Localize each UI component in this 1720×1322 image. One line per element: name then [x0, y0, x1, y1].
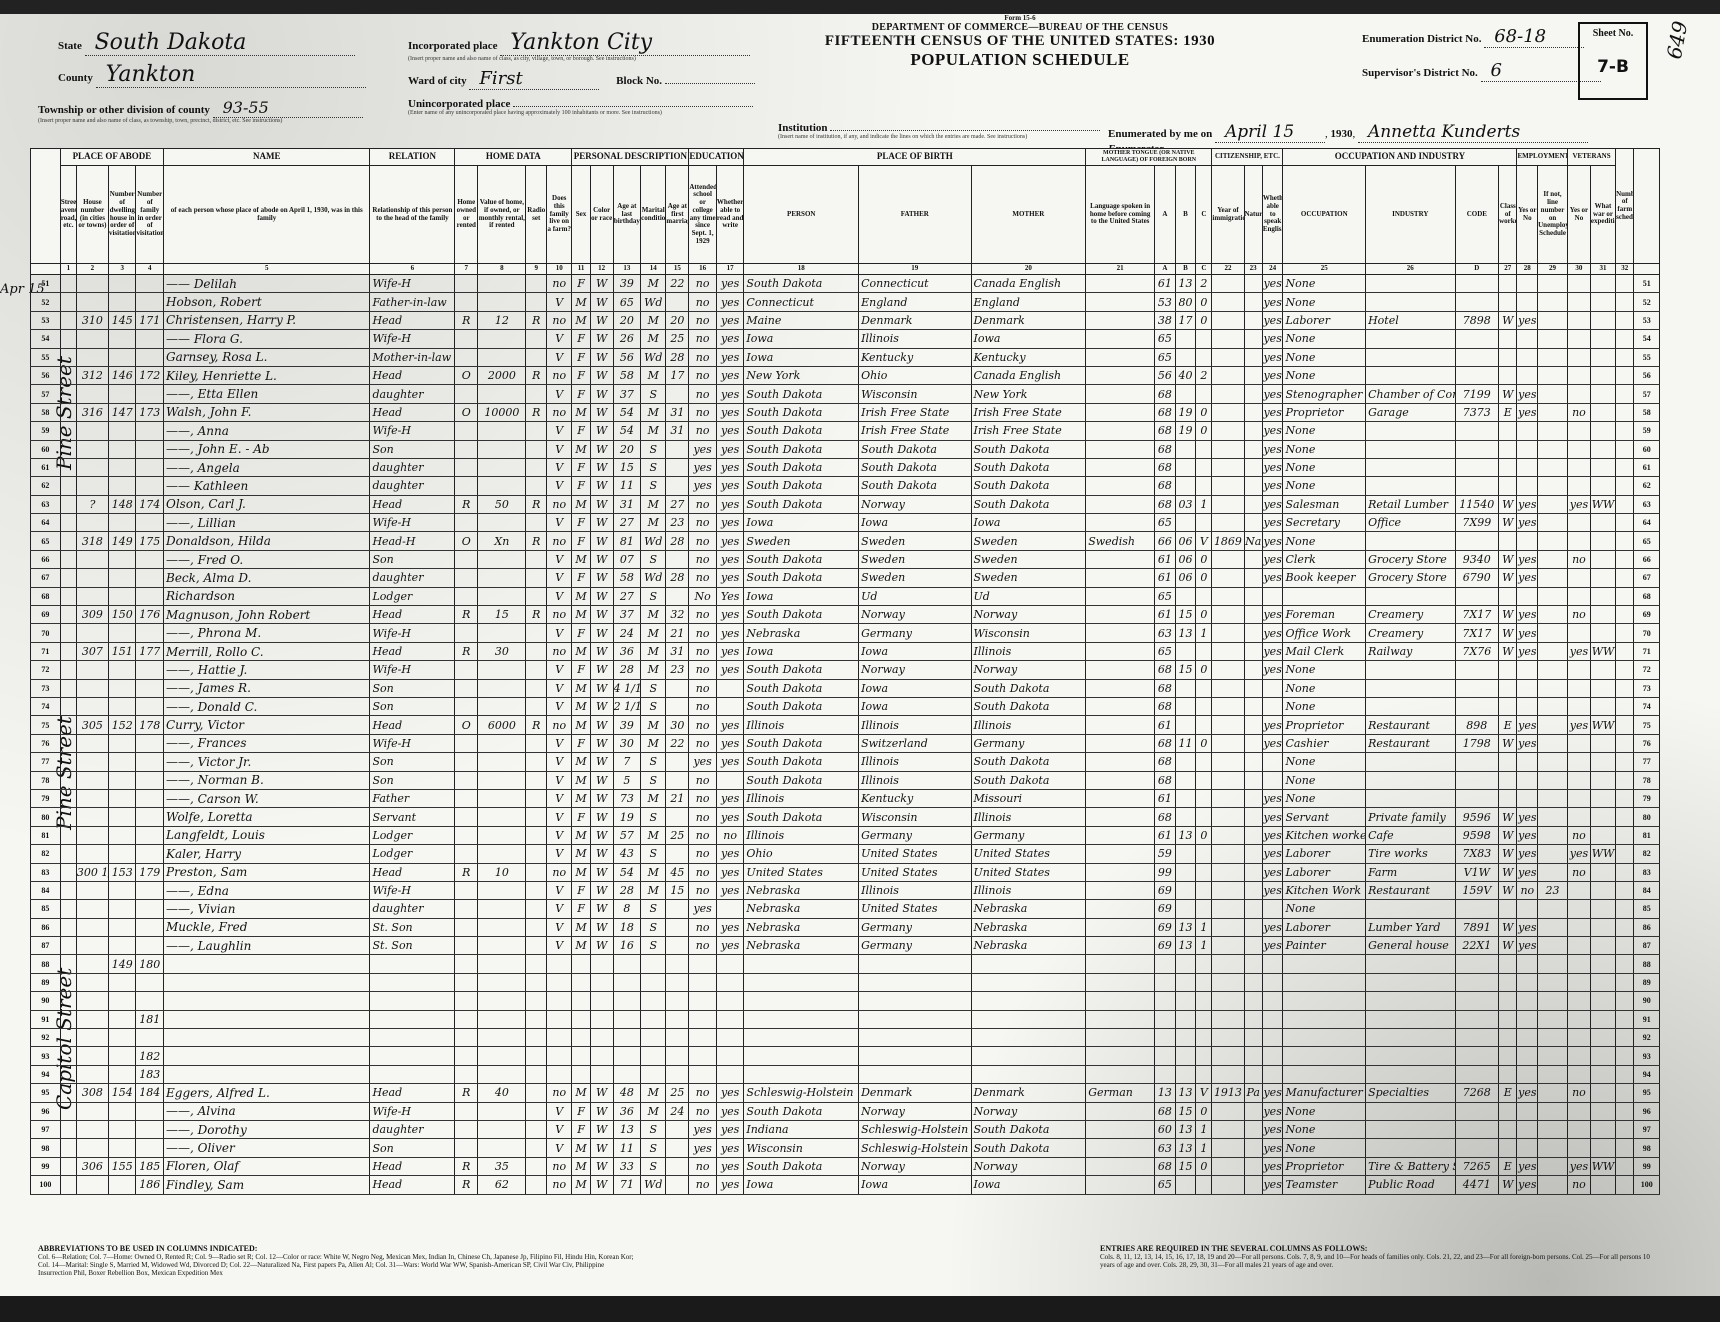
father-cell: Switzerland [859, 734, 971, 752]
radio-cell [526, 1010, 547, 1028]
code-d-cell: 9598 [1455, 826, 1499, 844]
immig-cell [1212, 514, 1244, 532]
industry-cell [1366, 348, 1455, 366]
race-cell [590, 992, 613, 1010]
birth-cell: South Dakota [744, 550, 859, 568]
occupation-cell: Servant [1283, 808, 1366, 826]
language-cell [1086, 826, 1155, 844]
column-number: 1 [60, 264, 76, 275]
sex-cell: M [572, 606, 590, 624]
ed-value: 68-18 [1484, 26, 1584, 48]
work-cell [1517, 1029, 1538, 1047]
natur-cell [1244, 1120, 1262, 1138]
marital-cell: S [641, 477, 666, 495]
class-cell [1499, 366, 1517, 384]
occupation-cell [1283, 587, 1366, 605]
unemp-cell [1538, 679, 1568, 697]
school-cell: no [689, 403, 717, 421]
house-cell [76, 973, 108, 991]
vet-cell [1567, 1010, 1590, 1028]
farm-sched-cell [1616, 1010, 1634, 1028]
birth-cell [744, 1065, 859, 1083]
industry-cell: Public Road [1366, 1176, 1455, 1194]
unemp-cell [1538, 1139, 1568, 1157]
farm-sched-cell [1616, 1176, 1634, 1194]
school-cell: no [689, 330, 717, 348]
natur-cell [1244, 385, 1262, 403]
sex-cell: M [572, 293, 590, 311]
name-cell: Kiley, Henriette L. [164, 366, 370, 384]
relation-cell: Wife-H [370, 275, 455, 293]
value-cell [478, 275, 526, 293]
industry-cell [1366, 422, 1455, 440]
street-cell [60, 366, 76, 384]
race-cell: W [590, 403, 613, 421]
relation-cell: Son [370, 550, 455, 568]
radio-cell [526, 826, 547, 844]
code-a-cell [1155, 1029, 1176, 1047]
natur-cell [1244, 863, 1262, 881]
line-number-right: 82 [1634, 845, 1660, 863]
birth-cell [744, 955, 859, 973]
war-cell [1590, 1176, 1615, 1194]
war-cell [1590, 550, 1615, 568]
dwelling-cell: 147 [108, 403, 136, 421]
war-cell [1590, 1047, 1615, 1065]
vet-cell [1567, 661, 1590, 679]
farm-sched-cell [1616, 863, 1634, 881]
radio-cell [526, 679, 547, 697]
home-cell: O [455, 532, 478, 550]
street-cell [60, 606, 76, 624]
natur-cell [1244, 918, 1262, 936]
class-cell [1499, 532, 1517, 550]
age-cell: 30 [613, 734, 641, 752]
table-row: 64——, LillianWife-HVFW27M23noyesIowaIowa… [31, 514, 1660, 532]
read-cell [716, 679, 744, 697]
line-number: 80 [31, 808, 61, 826]
dwelling-cell [108, 937, 136, 955]
home-cell: O [455, 716, 478, 734]
house-cell [76, 734, 108, 752]
home-cell [455, 1139, 478, 1157]
line-number: 100 [31, 1176, 61, 1194]
occupation-cell: None [1283, 789, 1366, 807]
radio-cell [526, 771, 547, 789]
work-cell: yes [1517, 606, 1538, 624]
home-cell: R [455, 863, 478, 881]
race-cell: W [590, 458, 613, 476]
mother-cell: Germany [971, 826, 1086, 844]
code-a-col-header: A [1155, 166, 1176, 264]
father-cell [859, 1065, 971, 1083]
radio-cell [526, 330, 547, 348]
table-row: 74——, Donald C.SonVMW2 1/12SnoSouth Dako… [31, 697, 1660, 715]
code-c-cell: 1 [1196, 624, 1212, 642]
code-d-cell: 6790 [1455, 569, 1499, 587]
birth-cell: Ohio [744, 845, 859, 863]
sex-cell: F [572, 661, 590, 679]
war-cell [1590, 532, 1615, 550]
enumerated-date: April 15 [1215, 122, 1325, 143]
code-d-cell [1455, 661, 1499, 679]
race-cell: W [590, 514, 613, 532]
race-cell: W [590, 587, 613, 605]
home-cell [455, 422, 478, 440]
relation-cell: Wife-H [370, 1102, 455, 1120]
table-row: 60——, John E. - AbSonVMW20SyesyesSouth D… [31, 440, 1660, 458]
occupation-cell: None [1283, 771, 1366, 789]
english-cell: yes [1262, 1102, 1283, 1120]
immig-cell [1212, 826, 1244, 844]
house-cell [76, 918, 108, 936]
code-a-cell: 68 [1155, 808, 1176, 826]
farm-cell: no [547, 642, 572, 660]
english-cell: yes [1262, 532, 1283, 550]
birth-cell: South Dakota [744, 275, 859, 293]
war-cell [1590, 1102, 1615, 1120]
father-cell: Norway [859, 495, 971, 513]
line-number: 97 [31, 1120, 61, 1138]
code-b-cell: 80 [1175, 293, 1196, 311]
house-cell [76, 661, 108, 679]
township-value: 93-55 [213, 98, 363, 118]
unemp-cell [1538, 900, 1568, 918]
english-cell [1262, 1010, 1283, 1028]
farm-sched-cell [1616, 808, 1634, 826]
language-cell [1086, 477, 1155, 495]
farm-cell: no [547, 275, 572, 293]
home-cell [455, 679, 478, 697]
age-cell: 27 [613, 514, 641, 532]
father-cell: Norway [859, 1157, 971, 1175]
mother-cell: Norway [971, 661, 1086, 679]
read-cell: yes [716, 495, 744, 513]
code-c-cell: 2 [1196, 275, 1212, 293]
name-cell: ——, Phrona M. [164, 624, 370, 642]
farm-cell [547, 973, 572, 991]
birth-cell: South Dakota [744, 661, 859, 679]
code-a-cell: 53 [1155, 293, 1176, 311]
farm-sched-cell [1616, 918, 1634, 936]
value-cell [478, 900, 526, 918]
war-cell [1590, 624, 1615, 642]
sex-cell: M [572, 1139, 590, 1157]
farm-sched-cell [1616, 1047, 1634, 1065]
age-cell [613, 973, 641, 991]
marital-cell: S [641, 697, 666, 715]
relation-cell: Wife-H [370, 422, 455, 440]
line-number-right: 88 [1634, 955, 1660, 973]
table-row: 100186Findley, SamHeadR62noMW71WdnoyesIo… [31, 1176, 1660, 1194]
code-c-cell [1196, 973, 1212, 991]
line-number-right: 74 [1634, 697, 1660, 715]
house-cell [76, 1139, 108, 1157]
unemp-cell [1538, 753, 1568, 771]
birth-cell: South Dakota [744, 385, 859, 403]
column-number: 29 [1538, 264, 1568, 275]
age-cell: 24 [613, 624, 641, 642]
occupation-cell: Laborer [1283, 918, 1366, 936]
age-married-cell: 27 [666, 495, 689, 513]
name-cell: ——, Angela [164, 458, 370, 476]
sex-cell: M [572, 550, 590, 568]
father-cell: Germany [859, 826, 971, 844]
code-a-cell: 68 [1155, 495, 1176, 513]
name-cell [164, 1010, 370, 1028]
english-cell [1262, 1065, 1283, 1083]
school-cell: no [689, 918, 717, 936]
code-c-cell: 0 [1196, 403, 1212, 421]
class-cell [1499, 293, 1517, 311]
street-cell [60, 532, 76, 550]
immig-cell [1212, 900, 1244, 918]
code-a-cell: 68 [1155, 422, 1176, 440]
form-title-block: Form 15-6 DEPARTMENT OF COMMERCE—BUREAU … [790, 14, 1250, 70]
dwelling-cell: 151 [108, 642, 136, 660]
name-cell: ——, Anna [164, 422, 370, 440]
value-cell [478, 550, 526, 568]
father-cell: Schleswig-Holstein [859, 1120, 971, 1138]
industry-cell [1366, 679, 1455, 697]
war-cell [1590, 697, 1615, 715]
school-cell: no [689, 348, 717, 366]
school-cell: no [689, 1084, 717, 1102]
farm-cell: V [547, 753, 572, 771]
line-number: 87 [31, 937, 61, 955]
dwelling-cell [108, 440, 136, 458]
vet-cell: no [1567, 863, 1590, 881]
natur-cell [1244, 366, 1262, 384]
natur-cell [1244, 624, 1262, 642]
sex-cell: F [572, 330, 590, 348]
line-number-right: 56 [1634, 366, 1660, 384]
sex-cell: M [572, 771, 590, 789]
age-cell: 2 1/12 [613, 697, 641, 715]
sex-col-header: Sex [572, 166, 590, 264]
english-cell [1262, 1029, 1283, 1047]
sex-cell: F [572, 422, 590, 440]
work-cell: yes [1517, 1176, 1538, 1194]
house-cell [76, 826, 108, 844]
school-cell: yes [689, 753, 717, 771]
father-cell [859, 1047, 971, 1065]
line-number: 64 [31, 514, 61, 532]
language-cell [1086, 1139, 1155, 1157]
code-d-cell: 7X83 [1455, 845, 1499, 863]
language-cell [1086, 624, 1155, 642]
code-d-cell: 159V [1455, 881, 1499, 899]
table-row: 70——, Phrona M.Wife-HVFW24M21noyesNebras… [31, 624, 1660, 642]
language-cell [1086, 1157, 1155, 1175]
age-cell: 8 [613, 900, 641, 918]
code-c-cell [1196, 845, 1212, 863]
value-cell: 62 [478, 1176, 526, 1194]
immig-cell [1212, 330, 1244, 348]
natur-cell [1244, 900, 1262, 918]
code-d-cell [1455, 275, 1499, 293]
vet-cell: no [1567, 606, 1590, 624]
age-cell: 54 [613, 422, 641, 440]
read-cell: yes [716, 1157, 744, 1175]
war-cell [1590, 348, 1615, 366]
marital-cell: S [641, 808, 666, 826]
work-cell [1517, 1047, 1538, 1065]
industry-cell: Cafe [1366, 826, 1455, 844]
mother-cell: South Dakota [971, 1120, 1086, 1138]
language-cell: Swedish [1086, 532, 1155, 550]
vet-cell [1567, 1029, 1590, 1047]
code-b-cell: 13 [1175, 275, 1196, 293]
relation-cell: Head [370, 1084, 455, 1102]
english-cell: yes [1262, 826, 1283, 844]
read-cell: yes [716, 532, 744, 550]
age-cell: 58 [613, 569, 641, 587]
department-title: DEPARTMENT OF COMMERCE—BUREAU OF THE CEN… [790, 22, 1250, 33]
farm-cell: V [547, 771, 572, 789]
work-cell [1517, 697, 1538, 715]
line-number-right: 91 [1634, 1010, 1660, 1028]
age-married-cell [666, 385, 689, 403]
mother-cell [971, 1047, 1086, 1065]
dwelling-cell [108, 697, 136, 715]
age-cell: 36 [613, 642, 641, 660]
age-married-cell [666, 293, 689, 311]
name-cell: Beck, Alma D. [164, 569, 370, 587]
father-cell: Schleswig-Holstein [859, 1139, 971, 1157]
code-c-cell [1196, 789, 1212, 807]
school-cell: no [689, 808, 717, 826]
marital-cell: Wd [641, 293, 666, 311]
occupation-cell: Cashier [1283, 734, 1366, 752]
code-a-cell: 68 [1155, 440, 1176, 458]
code-a-cell: 65 [1155, 514, 1176, 532]
code-c-cell [1196, 771, 1212, 789]
line-number-right: 66 [1634, 550, 1660, 568]
mother-cell: United States [971, 845, 1086, 863]
code-c-cell: 1 [1196, 1139, 1212, 1157]
race-cell: W [590, 1157, 613, 1175]
sex-cell: M [572, 845, 590, 863]
industry-cell [1366, 900, 1455, 918]
line-number: 71 [31, 642, 61, 660]
age-cell: 28 [613, 661, 641, 679]
radio-cell [526, 661, 547, 679]
language-cell [1086, 1029, 1155, 1047]
code-c-cell [1196, 881, 1212, 899]
code-b-cell: 15 [1175, 1102, 1196, 1120]
unemp-cell [1538, 495, 1568, 513]
english-cell: yes [1262, 422, 1283, 440]
class-cell: W [1499, 845, 1517, 863]
sex-cell: M [572, 679, 590, 697]
english-cell: yes [1262, 1120, 1283, 1138]
table-row: 97——, DorothydaughterVFW13SyesyesIndiana… [31, 1120, 1660, 1138]
father-cell: Ohio [859, 366, 971, 384]
mother-cell: Canada English [971, 366, 1086, 384]
sex-cell: M [572, 440, 590, 458]
class-cell: W [1499, 385, 1517, 403]
natur-cell [1244, 1029, 1262, 1047]
father-cell: United States [859, 863, 971, 881]
father-cell [859, 973, 971, 991]
farm-cell: V [547, 826, 572, 844]
farm-sched-cell [1616, 992, 1634, 1010]
war-col-header: What war or expedition [1590, 166, 1615, 264]
farm-cell: no [547, 863, 572, 881]
family-cell [136, 679, 164, 697]
code-c-cell [1196, 679, 1212, 697]
work-cell [1517, 366, 1538, 384]
read-cell: yes [716, 753, 744, 771]
dwelling-cell [108, 881, 136, 899]
vet-cell: no [1567, 826, 1590, 844]
line-number: 74 [31, 697, 61, 715]
birth-cell: Iowa [744, 587, 859, 605]
code-a-cell: 65 [1155, 330, 1176, 348]
name-cell: Magnuson, John Robert [164, 606, 370, 624]
house-cell [76, 348, 108, 366]
farm-sched-cell [1616, 845, 1634, 863]
code-a-cell: 68 [1155, 403, 1176, 421]
sex-cell: F [572, 385, 590, 403]
incorporated-label: Incorporated place [408, 40, 498, 52]
birth-cell: South Dakota [744, 403, 859, 421]
home-cell: R [455, 495, 478, 513]
street-cell [60, 1176, 76, 1194]
relation-cell: daughter [370, 569, 455, 587]
table-row: 59——, AnnaWife-HVFW54M31noyesSouth Dakot… [31, 422, 1660, 440]
vet-cell [1567, 293, 1590, 311]
language-cell [1086, 1047, 1155, 1065]
code-d-cell: 11540 [1455, 495, 1499, 513]
street-col-header: Street, avenue, road, etc. [60, 166, 76, 264]
street-cell [60, 845, 76, 863]
vet-cell: no [1567, 1084, 1590, 1102]
code-d-cell [1455, 771, 1499, 789]
family-cell [136, 440, 164, 458]
war-cell [1590, 918, 1615, 936]
work-cell [1517, 532, 1538, 550]
code-b-cell: 13 [1175, 826, 1196, 844]
street-cell [60, 1084, 76, 1102]
age-married-cell: 25 [666, 1084, 689, 1102]
line-number-right: 75 [1634, 716, 1660, 734]
language-cell [1086, 771, 1155, 789]
father-cell: Sweden [859, 569, 971, 587]
column-number: 20 [971, 264, 1086, 275]
farm-sched-cell [1616, 1065, 1634, 1083]
occupation-cell: None [1283, 900, 1366, 918]
race-cell: W [590, 348, 613, 366]
age-married-cell [666, 918, 689, 936]
code-b-cell [1175, 697, 1196, 715]
farm-cell: no [547, 1084, 572, 1102]
line-number-right: 89 [1634, 973, 1660, 991]
marital-cell: M [641, 403, 666, 421]
read-cell: yes [716, 624, 744, 642]
english-cell: yes [1262, 716, 1283, 734]
value-cell: Xn [478, 532, 526, 550]
age-married-cell [666, 587, 689, 605]
class-cell [1499, 422, 1517, 440]
industry-cell: Retail Lumber [1366, 495, 1455, 513]
radio-cell: R [526, 403, 547, 421]
code-d-cell: 9340 [1455, 550, 1499, 568]
vet-cell: yes [1567, 716, 1590, 734]
occupation-cell: None [1283, 753, 1366, 771]
birth-person-col-header: PERSON [744, 166, 859, 264]
